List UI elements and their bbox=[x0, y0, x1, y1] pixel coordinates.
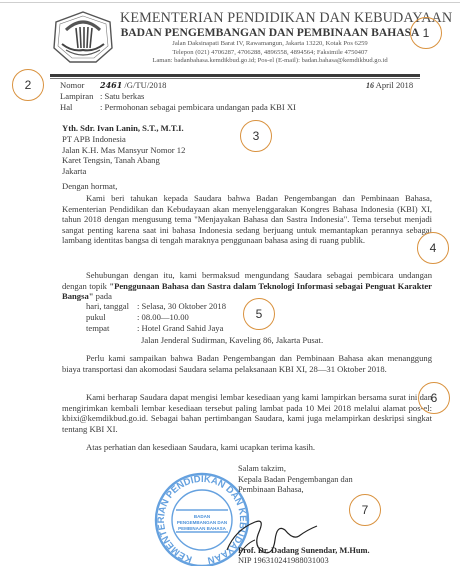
letterhead-rule-thick bbox=[50, 74, 420, 77]
nomor-value: /G/TU/2018 bbox=[122, 80, 166, 90]
annotation-marker-1: 1 bbox=[410, 17, 442, 49]
paragraph-text: Perlu kami sampaikan bahwa Badan Pengemb… bbox=[62, 353, 432, 374]
closing-title-line1: Kepala Badan Pengembangan dan bbox=[238, 475, 353, 486]
event-place-value: : Hotel Grand Sahid Jaya bbox=[137, 323, 223, 334]
meta-lampiran: Lampiran : Satu berkas bbox=[60, 91, 296, 102]
hal-value: : Permohonan sebagai pembicara undangan … bbox=[100, 102, 296, 113]
body-paragraph-3: Perlu kami sampaikan bahwa Badan Pengemb… bbox=[62, 353, 432, 374]
svg-text:PENGEMBANGAN DAN: PENGEMBANGAN DAN bbox=[177, 520, 227, 525]
recipient-name: Yth. Sdr. Ivan Lanin, S.T., M.T.I. bbox=[62, 123, 185, 134]
agency-address: Jalan Daksinapati Barat IV, Rawamangun, … bbox=[120, 40, 420, 49]
lampiran-label: Lampiran bbox=[60, 91, 100, 102]
nomor-label: Nomor bbox=[60, 80, 100, 91]
body-paragraph-5: Atas perhatian dan kesediaan Saudara, ka… bbox=[62, 442, 432, 453]
ministry-name: KEMENTERIAN PENDIDIKAN DAN KEBUDAYAAN bbox=[120, 10, 420, 26]
recipient-line: PT APB Indonesia bbox=[62, 134, 185, 145]
date-handwritten: 16 bbox=[366, 81, 374, 90]
recipient-block: Yth. Sdr. Ivan Lanin, S.T., M.T.I. PT AP… bbox=[62, 123, 185, 177]
tut-wuri-handayani-logo-icon bbox=[50, 10, 116, 66]
svg-text:BADAN: BADAN bbox=[194, 514, 210, 519]
greeting: Dengan hormat, bbox=[62, 181, 117, 191]
signer-name: Prof. Dr. Dadang Sunendar, M.Hum. bbox=[238, 546, 370, 556]
closing-title-line2: Pembinaan Bahasa, bbox=[238, 485, 353, 496]
agency-web: Laman: badanbahasa.kemdikbud.go.id; Pos-… bbox=[120, 57, 420, 66]
letter-meta: Nomor 2461 /G/TU/2018 Lampiran : Satu be… bbox=[60, 80, 296, 113]
letterhead: KEMENTERIAN PENDIDIKAN DAN KEBUDAYAAN BA… bbox=[120, 10, 420, 66]
closing-block: Salam takzim, Kepala Badan Pengembangan … bbox=[238, 464, 353, 496]
event-place-label: tempat bbox=[86, 323, 137, 334]
closing-salutation: Salam takzim, bbox=[238, 464, 353, 475]
event-day-value: : Selasa, 30 Oktober 2018 bbox=[137, 301, 226, 312]
hal-label: Hal bbox=[60, 102, 100, 113]
paragraph-text: Atas perhatian dan kesediaan Saudara, ka… bbox=[86, 442, 315, 452]
body-paragraph-4: Kami berharap Saudara dapat mengisi lemb… bbox=[62, 392, 432, 434]
event-time-label: pukul bbox=[86, 312, 137, 323]
annotation-marker-5: 5 bbox=[243, 298, 275, 330]
recipient-line: Jalan K.H. Mas Mansyur Nomor 12 bbox=[62, 145, 185, 156]
agency-name: BADAN PENGEMBANGAN DAN PEMBINAAN BAHASA bbox=[120, 26, 420, 40]
letterhead-rule-thin bbox=[50, 78, 420, 79]
annotation-marker-6: 6 bbox=[418, 382, 450, 414]
recipient-line: Karet Tengsin, Tanah Abang bbox=[62, 155, 185, 166]
signer-nip: NIP 196310241988031003 bbox=[238, 556, 370, 566]
meta-hal: Hal : Permohonan sebagai pembicara undan… bbox=[60, 102, 296, 113]
annotation-marker-4: 4 bbox=[417, 232, 449, 264]
paragraph-text: Kami berharap Saudara dapat mengisi lemb… bbox=[62, 392, 432, 434]
annotation-marker-7: 7 bbox=[349, 494, 381, 526]
recipient-line: Jakarta bbox=[62, 166, 185, 177]
signer-block: Prof. Dr. Dadang Sunendar, M.Hum. NIP 19… bbox=[238, 546, 370, 566]
letter-date: 16 April 2018 bbox=[366, 80, 413, 90]
topic-title: "Penggunaan Bahasa dan Sastra dalam Tekn… bbox=[62, 281, 432, 302]
annotation-marker-2: 2 bbox=[12, 69, 44, 101]
body-paragraph-1: Kami beri tahukan kepada Saudara bahwa B… bbox=[62, 193, 432, 246]
event-details: hari, tanggal: Selasa, 30 Oktober 2018 p… bbox=[86, 301, 323, 346]
page-top-border bbox=[0, 2, 460, 3]
nomor-handwritten: 2461 bbox=[100, 80, 122, 90]
event-time-value: : 08.00—10.00 bbox=[137, 312, 189, 323]
paragraph-text: Kami beri tahukan kepada Saudara bahwa B… bbox=[62, 193, 432, 245]
event-day-label: hari, tanggal bbox=[86, 301, 137, 312]
paragraph-text: pada bbox=[94, 291, 112, 301]
meta-nomor: Nomor 2461 /G/TU/2018 bbox=[60, 80, 296, 91]
annotation-marker-3: 3 bbox=[240, 120, 272, 152]
event-place-line2: Jalan Jenderal Sudirman, Kaveling 86, Ja… bbox=[86, 335, 323, 346]
agency-phone: Telepon (021) 4706287, 4706288, 4896558,… bbox=[120, 49, 420, 58]
lampiran-value: : Satu berkas bbox=[100, 91, 144, 102]
date-value: April 2018 bbox=[374, 80, 413, 90]
svg-text:PEMBINAAN BAHASA: PEMBINAAN BAHASA bbox=[178, 526, 227, 531]
body-paragraph-2: Sehubungan dengan itu, kami bermaksud me… bbox=[62, 270, 432, 302]
